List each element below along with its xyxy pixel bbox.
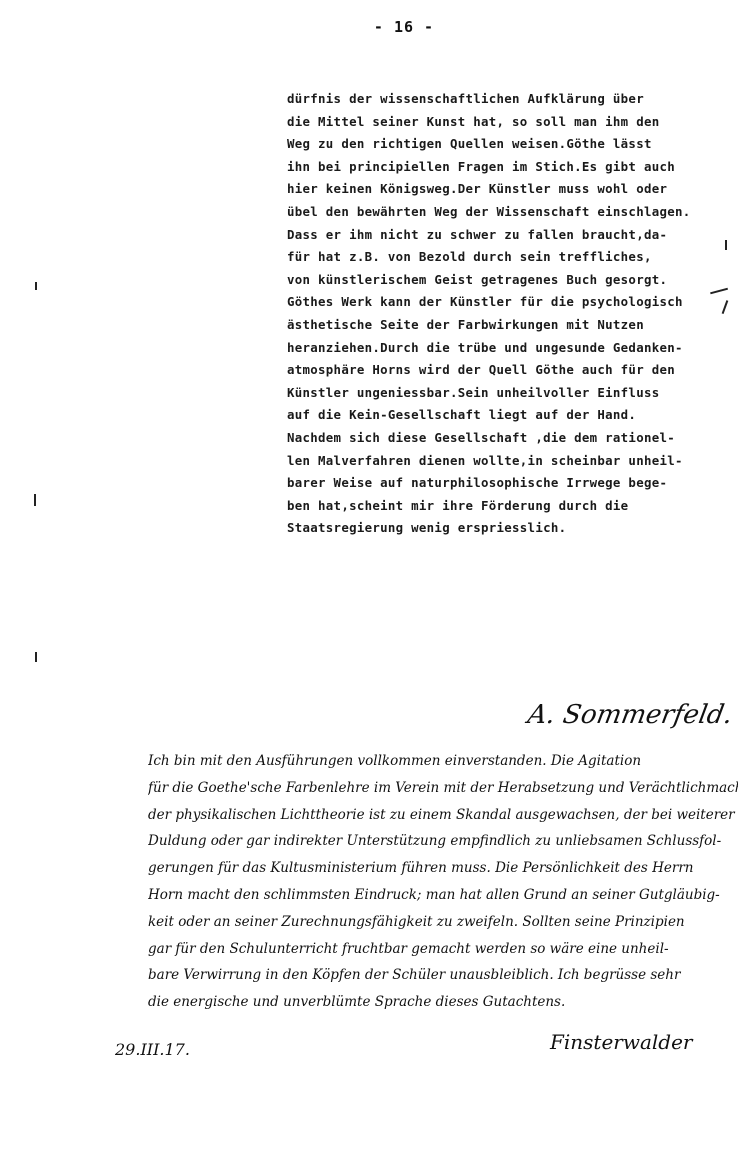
typed-line: ästhetische Seite der Farbwirkungen mit … xyxy=(287,314,747,337)
typed-line: die Mittel seiner Kunst hat, so soll man… xyxy=(287,111,747,134)
handwritten-line: Ich bin mit den Ausführungen vollkommen … xyxy=(148,748,738,775)
handwritten-date: 29.III.17. xyxy=(115,1040,190,1059)
signature-sommerfeld: A. Sommerfeld. xyxy=(525,700,734,730)
margin-mark xyxy=(725,240,727,250)
handwritten-line: Horn macht den schlimmsten Eindruck; man… xyxy=(148,882,738,909)
typed-line: barer Weise auf naturphilosophische Irrw… xyxy=(287,472,747,495)
typed-line: Staatsregierung wenig erspriesslich. xyxy=(287,517,747,540)
typed-line: hier keinen Königsweg.Der Künstler muss … xyxy=(287,178,747,201)
handwritten-line: der physikalischen Lichttheorie ist zu e… xyxy=(148,802,738,829)
handwritten-note: Ich bin mit den Ausführungen vollkommen … xyxy=(148,748,738,1016)
typed-line: ben hat,scheint mir ihre Förderung durch… xyxy=(287,495,747,518)
typed-line: heranziehen.Durch die trübe und ungesund… xyxy=(287,337,747,360)
typed-line: atmosphäre Horns wird der Quell Göthe au… xyxy=(287,359,747,382)
signature-finsterwalder: Finsterwalder xyxy=(550,1030,693,1054)
typed-line: len Malverfahren dienen wollte,in schein… xyxy=(287,450,747,473)
typed-line: ihn bei principiellen Fragen im Stich.Es… xyxy=(287,156,747,179)
handwritten-line: für die Goethe'sche Farbenlehre im Verei… xyxy=(148,775,738,802)
page-number: - 16 - xyxy=(30,18,748,36)
margin-mark xyxy=(35,282,37,290)
typed-line: für hat z.B. von Bezold durch sein treff… xyxy=(287,246,747,269)
handwritten-line: bare Verwirrung in den Köpfen der Schüle… xyxy=(148,962,738,989)
typed-line: dürfnis der wissenschaftlichen Aufklärun… xyxy=(287,88,747,111)
margin-mark xyxy=(35,652,37,662)
typed-line: Nachdem sich diese Gesellschaft ,die dem… xyxy=(287,427,747,450)
handwritten-line: Duldung oder gar indirekter Unterstützun… xyxy=(148,828,738,855)
typed-line: Dass er ihm nicht zu schwer zu fallen br… xyxy=(287,224,747,247)
typed-line: Weg zu den richtigen Quellen weisen.Göth… xyxy=(287,133,747,156)
handwritten-line: keit oder an seiner Zurechnungsfähigkeit… xyxy=(148,909,738,936)
typed-line: Göthes Werk kann der Künstler für die ps… xyxy=(287,291,747,314)
typed-line: Künstler ungeniessbar.Sein unheilvoller … xyxy=(287,382,747,405)
typed-line: von künstlerischem Geist getragenes Buch… xyxy=(287,269,747,292)
typed-line: übel den bewährten Weg der Wissenschaft … xyxy=(287,201,747,224)
handwritten-line: gerungen für das Kultusministerium führe… xyxy=(148,855,738,882)
typed-line: auf die Kein-Gesellschaft liegt auf der … xyxy=(287,404,747,427)
margin-mark xyxy=(34,494,36,506)
typed-text-body: dürfnis der wissenschaftlichen Aufklärun… xyxy=(287,88,747,540)
handwritten-line: die energische und unverblümte Sprache d… xyxy=(148,989,738,1016)
handwritten-line: gar für den Schulunterricht fruchtbar ge… xyxy=(148,936,738,963)
